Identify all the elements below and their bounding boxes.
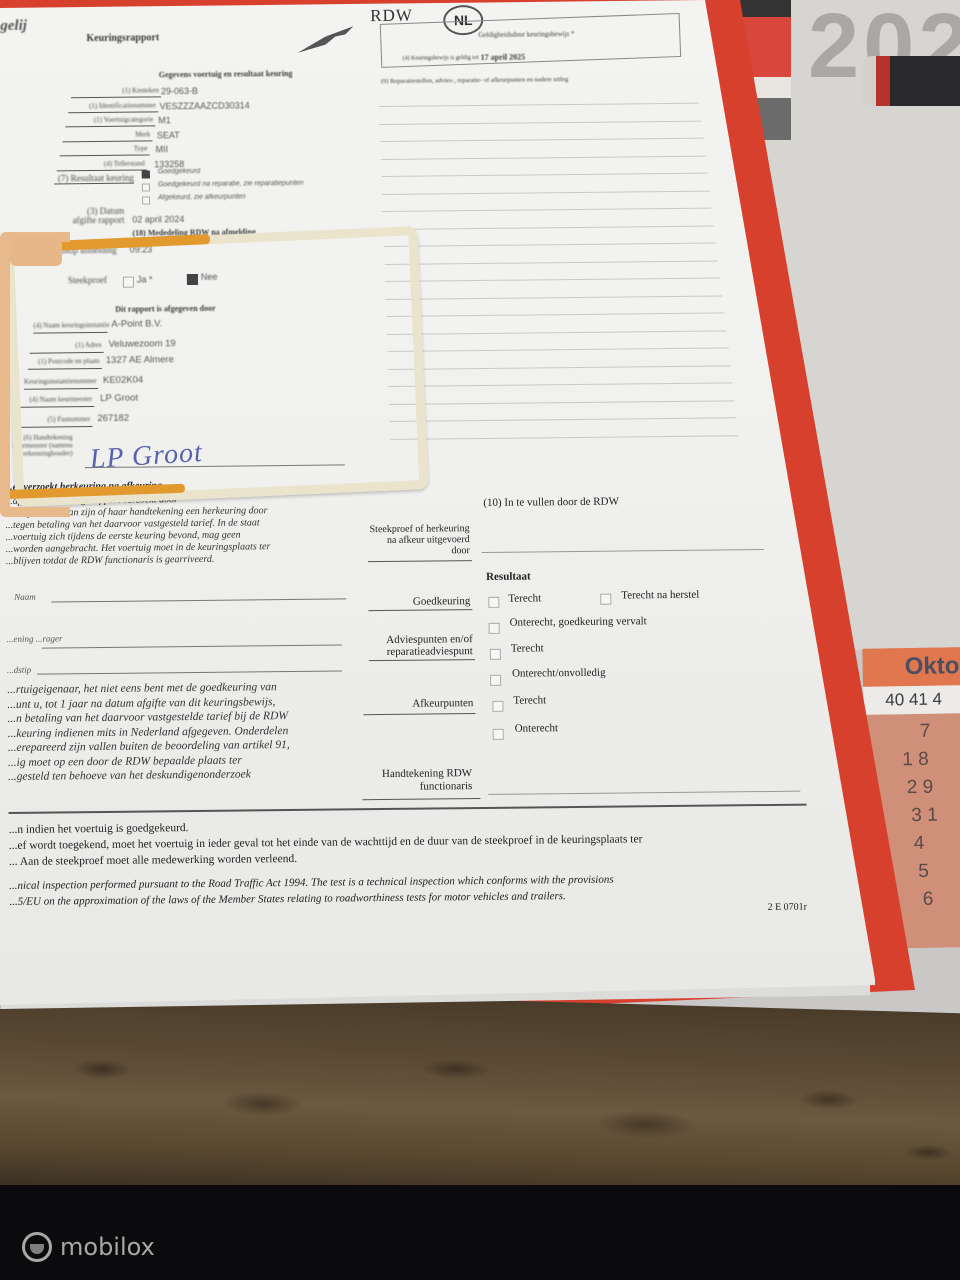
plastic-clip-hook — [0, 232, 70, 517]
plastic-clip-tab — [10, 236, 62, 266]
option-label: Onterecht — [515, 722, 558, 734]
advies-terecht-checkbox[interactable] — [490, 649, 501, 660]
underline — [369, 659, 475, 661]
issue-date-value: 02 april 2024 — [132, 214, 184, 225]
result-option-label: Afgekeurd, zie afkeurpunten — [158, 193, 246, 201]
underline — [363, 713, 475, 715]
ruled-line — [385, 277, 720, 282]
underline — [60, 154, 150, 156]
underline — [65, 125, 155, 127]
rdw-row-label: Afkeurpunten — [369, 697, 473, 710]
underline — [368, 560, 472, 562]
ruled-line — [386, 312, 724, 317]
vehicle-field-label: (4) Tellerstand — [57, 159, 145, 168]
left-sheet-text: gelij — [0, 18, 27, 35]
performed-by-label: Steekproef of herkeuring na afkeur uitge… — [368, 523, 470, 557]
wooden-desk-edge — [0, 986, 960, 1214]
ruled-line — [380, 120, 701, 124]
option-label: Onterecht/onvolledig — [512, 667, 606, 680]
calendar-day: 3 1 — [903, 801, 960, 830]
ruled-line — [388, 382, 732, 387]
vehicle-field-label: Type — [60, 144, 148, 153]
afkeur-terecht-checkbox[interactable] — [492, 701, 503, 712]
goedkeuring-herstel-checkbox[interactable] — [600, 594, 611, 605]
ruled-line — [390, 417, 737, 422]
calendar-day: 5 — [904, 857, 960, 886]
validity-title: Geldigheidsduur keuringsbewijs * — [478, 30, 574, 39]
advies-onterecht-checkbox[interactable] — [490, 675, 501, 686]
time-label: ...dstip — [7, 665, 31, 675]
ruled-line — [387, 330, 726, 335]
option-label: Terecht — [511, 642, 544, 654]
ruled-line — [383, 208, 712, 212]
vehicle-field-label: (1) Voertuigcategorie — [65, 115, 153, 124]
ruled-line — [382, 190, 709, 194]
ruled-line — [383, 225, 713, 229]
underline — [62, 140, 152, 142]
ruled-line — [390, 435, 738, 440]
result-option-label: Goedgekeurd na reparatie, zie reparatiep… — [158, 180, 304, 189]
owner-notice-line: ...rtuigeigenaar, het niet eens bent met… — [7, 681, 277, 696]
reinspection-line: ...blijven totdat de RDW functionaris is… — [6, 554, 215, 567]
performed-by-line — [482, 549, 764, 553]
reinspection-line: ...worden aangebracht. Het voertuig moet… — [6, 541, 271, 555]
rdw-signature-label: Handtekening RDW functionaris — [370, 767, 472, 794]
repair-section-title: (9) Reparatiestellen, advies-, reparatie… — [381, 76, 568, 85]
option-label: Terecht — [508, 592, 541, 604]
calendar-day: 1 8 — [902, 745, 960, 774]
vehicle-section-title: Gegevens voertuig en resultaat keuring — [159, 69, 293, 79]
underline — [362, 798, 480, 800]
section-divider — [9, 804, 807, 814]
vehicle-field-label: (1) Kenteken — [71, 86, 159, 95]
vehicle-field-value: SEAT — [157, 130, 180, 140]
vehicle-field-value: 29-063-B — [161, 86, 198, 96]
time-line — [37, 670, 342, 674]
calendar-day: 7 — [902, 717, 960, 746]
option-label: Onterecht, goedkeuring vervalt — [509, 615, 646, 628]
ruled-line — [384, 243, 716, 247]
calendar-day: 2 9 — [903, 773, 960, 802]
footer-line: ... Aan de steekproef moet alle medewerk… — [9, 853, 297, 868]
ruled-line — [388, 365, 730, 370]
underline — [68, 111, 158, 113]
vehicle-field-label: Merk — [62, 130, 150, 139]
owner-notice-line: ...gesteld ten behoeve van het deskundig… — [8, 768, 251, 783]
result-title: Resultaat — [486, 570, 531, 582]
owner-notice-line: ...unt u, tot 1 jaar na datum afgifte va… — [7, 696, 275, 711]
underline — [368, 609, 472, 611]
calendar-day: 4 — [904, 829, 960, 858]
rdw-bird-logo-icon — [295, 24, 357, 55]
owner-notice-line: ...n betaling van het daarvoor vastgeste… — [7, 710, 288, 725]
goedkeuring-terecht-checkbox[interactable] — [488, 597, 499, 608]
mobilox-logo-icon — [22, 1232, 52, 1262]
underline — [57, 169, 147, 171]
footer-line: ...ef wordt toegekend, moet het voertuig… — [9, 833, 643, 852]
afkeur-onterecht-checkbox[interactable] — [493, 729, 504, 740]
vehicle-field-value: MII — [156, 144, 169, 154]
applicant-signature-label: ...ening ...rager — [7, 633, 63, 644]
ruled-line — [384, 260, 717, 264]
calendar-day: 6 — [905, 885, 960, 914]
owner-notice-line: ...erepareerd zijn vallen buiten de beoo… — [8, 739, 290, 754]
name-line — [51, 598, 346, 602]
result-option-label: Goedgekeurd — [158, 168, 200, 175]
rdw-signature-line — [488, 791, 800, 795]
english-line: ...nical inspection performed pursuant t… — [9, 874, 613, 892]
vehicle-field-label: (1) Identificatienummer — [68, 101, 156, 110]
calendar-days: 7 1 8 2 9 3 1 4 5 6 — [902, 717, 960, 914]
ruled-line — [387, 347, 728, 352]
english-line: ...5/EU on the approximation of the laws… — [9, 890, 565, 908]
result-option-checkbox[interactable] — [142, 170, 150, 178]
goedkeuring-onterecht-checkbox[interactable] — [489, 623, 500, 634]
report-title: Keuringsrapport — [86, 32, 159, 44]
validity-label: (4) Keuringsbewijs is geldig tot — [403, 55, 479, 62]
watermark: mobilox — [22, 1232, 155, 1262]
validity-date: 17 april 2025 — [481, 53, 526, 62]
ruled-line — [381, 173, 707, 177]
lighter — [862, 56, 960, 106]
owner-notice-line: ...ig moet op een door de RDW bepaalde p… — [8, 754, 242, 768]
underline — [71, 96, 161, 98]
underline — [54, 183, 134, 185]
result-option-checkbox[interactable] — [142, 183, 150, 191]
applicant-signature-line — [42, 644, 342, 648]
vehicle-field-value: VESZZZAAZCD30314 — [160, 100, 250, 111]
owner-notice-line: ...keuring indienen mits in Nederland af… — [8, 725, 289, 740]
option-label: Terecht na herstel — [621, 589, 699, 602]
option-label: Terecht — [513, 694, 546, 706]
issue-date-label: (3) Datum afgifte rapport — [62, 207, 124, 226]
ruled-line — [379, 103, 699, 107]
ruled-line — [389, 400, 734, 405]
rdw-row-label: Adviespunten en/of reparatieadviespunt — [369, 633, 473, 658]
form-code: 2 E 0701r — [767, 902, 807, 913]
ruled-line — [381, 155, 705, 159]
footer-line: ...n indien het voertuig is goedgekeurd. — [9, 822, 189, 836]
ruled-line — [386, 295, 722, 300]
name-label: Naam — [14, 592, 36, 602]
ruled-line — [380, 138, 703, 142]
photo-scene: 202 Okto 40 41 4 7 1 8 2 9 3 1 4 5 6 gel… — [0, 0, 960, 1280]
rdw-section-title: (10) In te vullen door de RDW — [483, 496, 619, 509]
result-option-checkbox[interactable] — [142, 196, 150, 204]
rdw-row-label: Goedkeuring — [368, 595, 470, 608]
watermark-text: mobilox — [60, 1233, 155, 1261]
vehicle-field-value: M1 — [158, 115, 171, 125]
